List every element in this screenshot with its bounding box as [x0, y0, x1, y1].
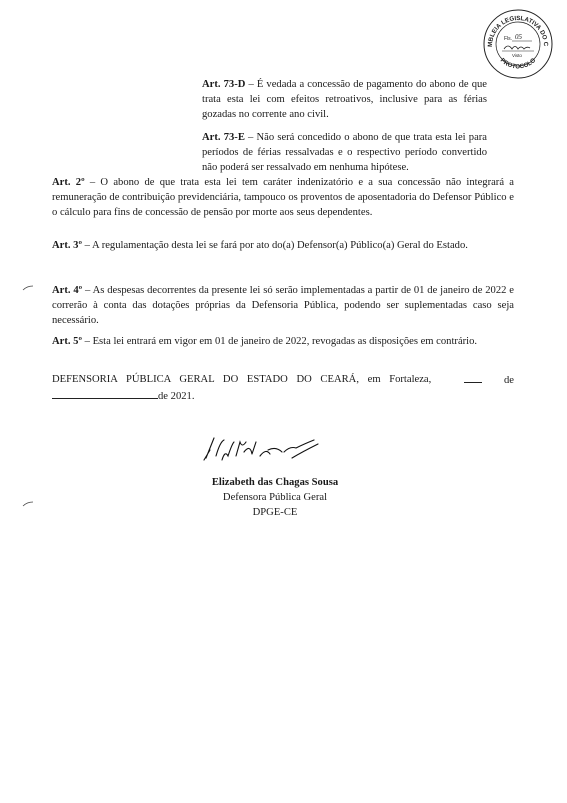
article-label: Art. 5º — [52, 336, 82, 347]
protocol-stamp: ASSEMBLEIA LEGISLATIVA DO CEARÁ PROTOCOL… — [482, 8, 554, 80]
article-3: Art. 3º – A regulamentação desta lei se … — [52, 238, 514, 253]
article-label: Art. 3º — [52, 240, 82, 251]
svg-text:Visto: Visto — [512, 53, 522, 58]
article-text: – Esta lei entrará em vigor em 01 de jan… — [82, 336, 477, 347]
article-label: Art. 73-E — [202, 132, 245, 143]
margin-mark — [22, 500, 34, 508]
article-label: Art. 73-D — [202, 79, 245, 90]
article-label: Art. 4º — [52, 285, 82, 296]
article-text: – As despesas decorrentes da presente le… — [52, 285, 514, 326]
year-text: de 2021. — [158, 391, 194, 402]
article-5: Art. 5º – Esta lei entrará em vigor em 0… — [52, 334, 514, 349]
article-73d: Art. 73-D – É vedada a concessão de paga… — [202, 77, 487, 122]
svg-text:ASSEMBLEIA LEGISLATIVA DO CEAR: ASSEMBLEIA LEGISLATIVA DO CEARÁ — [482, 8, 549, 47]
article-text: – A regulamentação desta lei se fará por… — [82, 240, 468, 251]
place-line: DEFENSORIA PÚBLICA GERAL DO ESTADO DO CE… — [52, 372, 431, 388]
article-4: Art. 4º – As despesas decorrentes da pre… — [52, 283, 514, 328]
margin-mark — [22, 284, 34, 292]
article-text: – Não será concedido o abono de que trat… — [202, 132, 487, 173]
svg-text:Fls.: Fls. — [504, 36, 512, 42]
article-text: – O abono de que trata esta lei tem cará… — [52, 177, 514, 218]
svg-text:05: 05 — [515, 33, 523, 41]
article-2: Art. 2º – O abono de que trata esta lei … — [52, 175, 514, 220]
place-and-date: DEFENSORIA PÚBLICA GERAL DO ESTADO DO CE… — [52, 372, 514, 404]
signature — [200, 430, 340, 470]
de-word: de — [504, 375, 514, 386]
signatory-role: Defensora Pública Geral — [150, 491, 400, 506]
signatory-org: DPGE-CE — [150, 506, 400, 521]
month-blank — [52, 388, 158, 399]
day-blank — [464, 372, 482, 383]
svg-text:PROTOCOLO: PROTOCOLO — [499, 57, 538, 71]
article-text: – É vedada a concessão de pagamento do a… — [202, 79, 487, 120]
article-label: Art. 2º — [52, 177, 85, 188]
article-73e: Art. 73-E – Não será concedido o abono d… — [202, 130, 487, 175]
signatory-name: Elizabeth das Chagas Sousa — [150, 476, 400, 491]
